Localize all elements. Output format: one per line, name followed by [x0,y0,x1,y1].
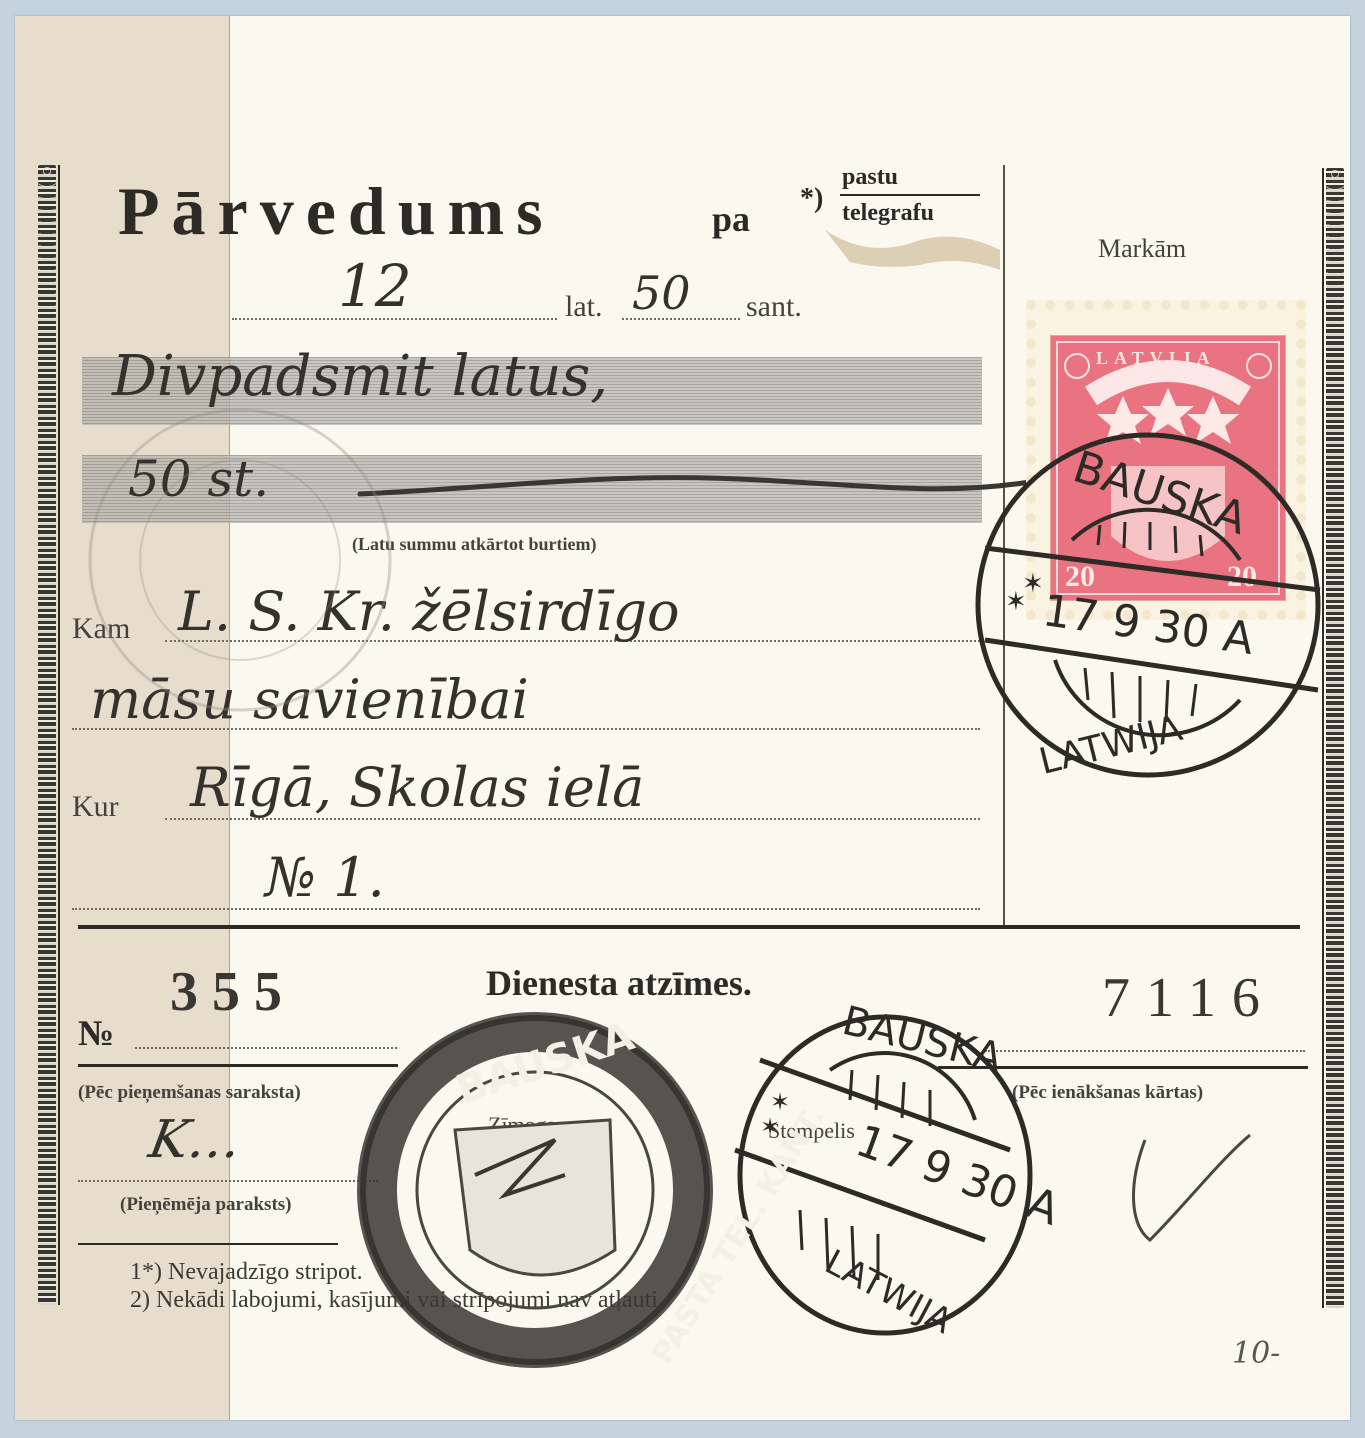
paper-stain [0,0,1365,1438]
